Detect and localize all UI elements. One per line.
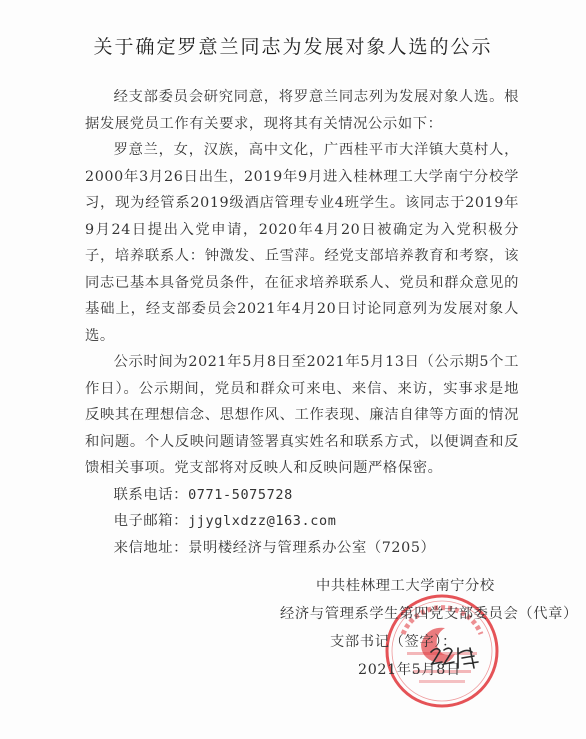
org-line-2: 经济与管理系学生第四党支部委员会（代章）	[280, 603, 578, 623]
document-page: 关于确定罗意兰同志为发展对象人选的公示 经支部委员会研究同意，将罗意兰同志列为发…	[0, 0, 586, 739]
address-value: 景明楼经济与管理系办公室（7205）	[188, 540, 435, 556]
phone-value: 0771-5075728	[188, 487, 293, 503]
contact-email: 电子邮箱：jjyglxdzz@163.com	[85, 508, 519, 535]
handwritten-signature-icon	[428, 642, 488, 672]
phone-label: 联系电话：	[114, 487, 188, 503]
contact-address: 来信地址：景明楼经济与管理系办公室（7205）	[85, 535, 519, 562]
contact-phone: 联系电话：0771-5075728	[85, 482, 519, 509]
address-label: 来信地址：	[114, 540, 188, 556]
email-label: 电子邮箱：	[114, 513, 188, 529]
document-body: 经支部委员会研究同意，将罗意兰同志列为发展对象人选。根据发展党员工作有关要求，现…	[85, 84, 519, 561]
org-line-1: 中共桂林理工大学南宁分校	[316, 575, 495, 595]
document-title: 关于确定罗意兰同志为发展对象人选的公示	[0, 32, 586, 59]
paragraph-candidate-info: 罗意兰，女，汉族，高中文化，广西桂平市大洋镇大莫村人，2000年3月26日出生，…	[85, 137, 519, 349]
paragraph-notice-period: 公示时间为2021年5月8日至2021年5月13日（公示期5个工作日）。公示期间…	[85, 349, 519, 482]
email-value: jjyglxdzz@163.com	[188, 513, 336, 529]
paragraph-intro: 经支部委员会研究同意，将罗意兰同志列为发展对象人选。根据发展党员工作有关要求，现…	[85, 84, 519, 137]
